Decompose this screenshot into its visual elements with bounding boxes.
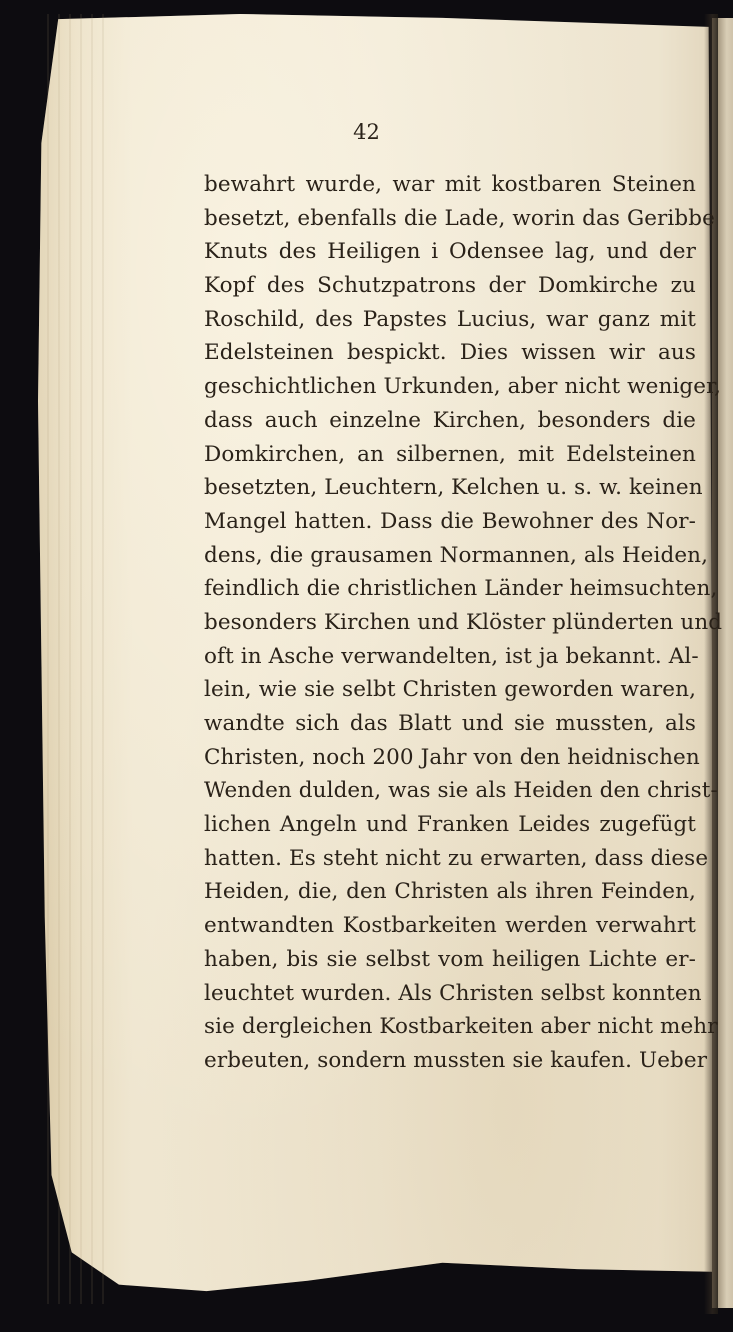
text-line: Wenden dulden, was sie als Heiden den ch… (204, 774, 696, 808)
text-line: Edelsteinen bespickt. Dies wissen wir au… (204, 336, 696, 370)
text-line: dass auch einzelne Kirchen, besonders di… (204, 404, 696, 438)
text-line: besetzten, Leuchtern, Kelchen u. s. w. k… (204, 471, 696, 505)
text-line: Domkirchen, an silbernen, mit Edelsteine… (204, 438, 696, 472)
text-line: feindlich die christlichen Länder heimsu… (204, 572, 696, 606)
text-line: sie dergleichen Kostbarkeiten aber nicht… (204, 1010, 696, 1044)
text-line: Christen, noch 200 Jahr von den heidnisc… (204, 741, 696, 775)
text-line: Kopf des Schutzpatrons der Domkirche zu (204, 269, 696, 303)
deckled-page-edge (38, 14, 108, 1304)
text-line: leuchtet wurden. Als Christen selbst kon… (204, 977, 696, 1011)
body-text: bewahrt wurde, war mit kostbaren Steinen… (204, 168, 696, 1078)
text-line: lichen Angeln und Franken Leides zugefüg… (204, 808, 696, 842)
text-line: haben, bis sie selbst vom heiligen Licht… (204, 943, 696, 977)
text-line: oft in Asche verwandelten, ist ja bekann… (204, 640, 696, 674)
text-line: geschichtlichen Urkunden, aber nicht wen… (204, 370, 696, 404)
text-line: erbeuten, sondern mussten sie kaufen. Ue… (204, 1044, 696, 1078)
text-line: Heiden, die, den Christen als ihren Fein… (204, 875, 696, 909)
text-line: Roschild, des Papstes Lucius, war ganz m… (204, 303, 696, 337)
text-line: besonders Kirchen und Klöster plünderten… (204, 606, 696, 640)
text-line: entwandten Kostbarkeiten werden verwahrt (204, 909, 696, 943)
text-line: besetzt, ebenfalls die Lade, worin das G… (204, 202, 696, 236)
text-line: lein, wie sie selbt Christen geworden wa… (204, 673, 696, 707)
text-line: hatten. Es steht nicht zu erwarten, dass… (204, 842, 696, 876)
text-line: dens, die grausamen Normannen, als Heide… (204, 539, 696, 573)
text-line: Mangel hatten. Dass die Bewohner des Nor… (204, 505, 696, 539)
text-line: wandte sich das Blatt und sie mussten, a… (204, 707, 696, 741)
page-number: 42 (0, 120, 733, 144)
text-line: bewahrt wurde, war mit kostbaren Steinen (204, 168, 696, 202)
text-line: Knuts des Heiligen i Odensee lag, und de… (204, 235, 696, 269)
scanned-page-image: 42 bewahrt wurde, war mit kostbaren Stei… (0, 0, 733, 1332)
